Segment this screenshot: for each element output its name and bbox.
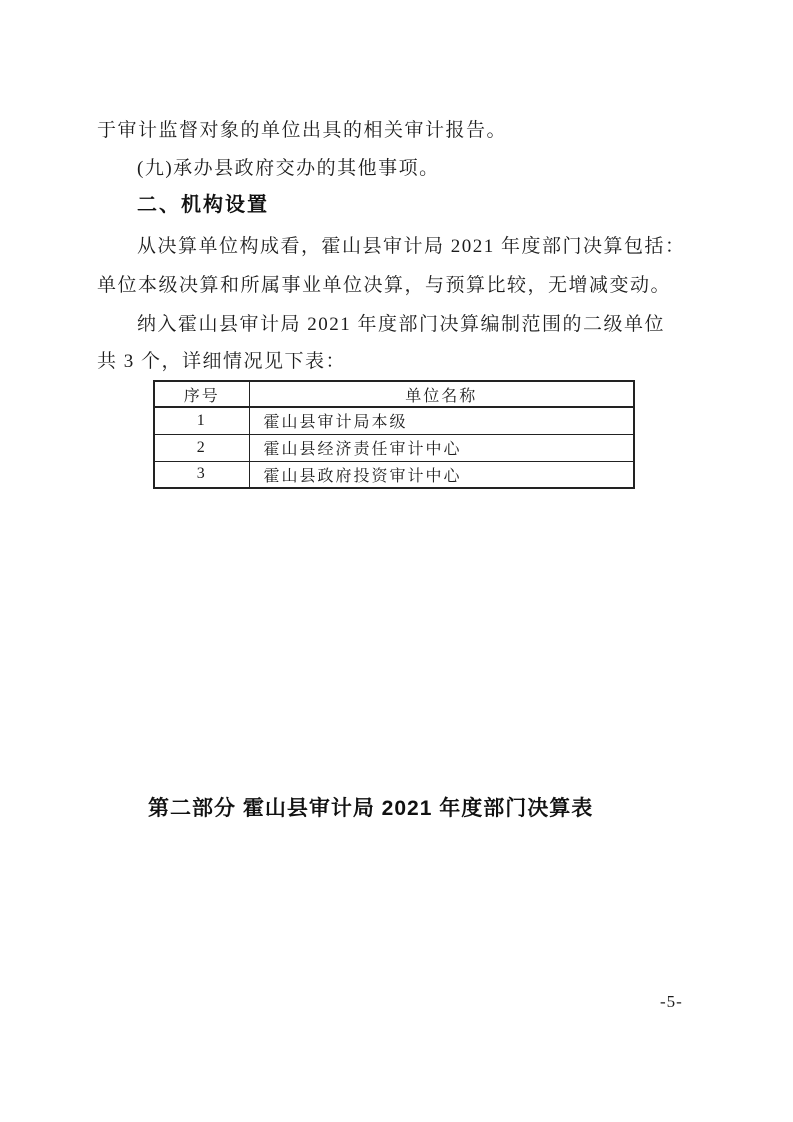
- body-line-2: (九)承办县政府交办的其他事项。: [137, 159, 440, 178]
- cell-unit-name: 霍山县政府投资审计中心: [249, 461, 634, 488]
- header-cell-index: 序号: [154, 381, 249, 407]
- body-line-1: 于审计监督对象的单位出具的相关审计报告。: [97, 121, 507, 140]
- table-row: 1 霍山县审计局本级: [154, 407, 634, 434]
- table-row: 3 霍山县政府投资审计中心: [154, 461, 634, 488]
- cell-index: 2: [154, 434, 249, 461]
- part2-title: 第二部分 霍山县审计局 2021 年度部门决算表: [148, 796, 593, 821]
- header-cell-unit-name: 单位名称: [249, 381, 634, 407]
- section-heading: 二、机构设置: [137, 195, 269, 215]
- cell-index: 3: [154, 461, 249, 488]
- paragraph2-line-1: 纳入霍山县审计局 2021 年度部门决算编制范围的二级单位: [137, 315, 665, 334]
- paragraph2-line-2: 共 3 个，详细情况见下表：: [97, 352, 346, 371]
- page-number: -5-: [660, 992, 683, 1012]
- table-row: 2 霍山县经济责任审计中心: [154, 434, 634, 461]
- document-page: 于审计监督对象的单位出具的相关审计报告。 (九)承办县政府交办的其他事项。 二、…: [0, 0, 793, 1122]
- cell-index: 1: [154, 407, 249, 434]
- paragraph1-line-1: 从决算单位构成看，霍山县审计局 2021 年度部门决算包括：: [137, 237, 686, 256]
- units-table-header-row: 序号 单位名称: [154, 381, 634, 407]
- paragraph1-line-2: 单位本级决算和所属事业单位决算，与预算比较，无增减变动。: [97, 276, 671, 295]
- units-table: 序号 单位名称 1 霍山县审计局本级 2 霍山县经济责任审计中心 3 霍山县政府…: [153, 380, 635, 489]
- cell-unit-name: 霍山县审计局本级: [249, 407, 634, 434]
- cell-unit-name: 霍山县经济责任审计中心: [249, 434, 634, 461]
